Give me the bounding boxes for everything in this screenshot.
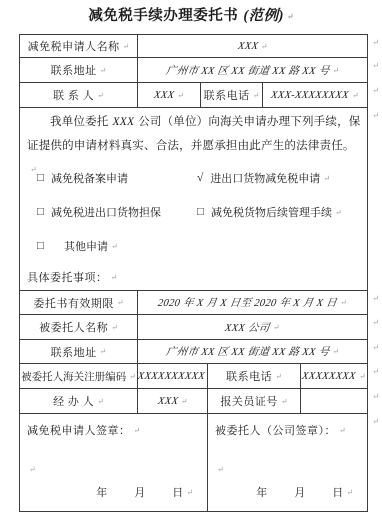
paragraph-mark: ↵ xyxy=(29,465,36,474)
paragraph-mark: ↵ xyxy=(332,347,339,356)
paragraph-mark: ↵ xyxy=(346,488,353,497)
applicant-phone-label: 联系电话↵ xyxy=(201,83,263,107)
day-label: 日 xyxy=(172,487,183,499)
paragraph-mark: ↵ xyxy=(340,298,347,307)
row-end-mark: ↵ xyxy=(372,86,379,95)
empty-line: ↵ xyxy=(214,464,224,476)
empty-line: ↵ xyxy=(26,464,36,476)
attorney-address-value: 广州市 XX 区 XX 街道 XX 路 XX 号↵ xyxy=(138,340,367,363)
paragraph-mark: ↵ xyxy=(30,165,37,174)
applicant-address-value: 广州市 XX 区 XX 街道 XX 路 XX 号↵ xyxy=(138,58,367,82)
row-end-mark: ↵ xyxy=(372,392,379,401)
handler-value: XXX↵ xyxy=(138,389,208,413)
row-end-mark: ↵ xyxy=(372,318,379,327)
paragraph-mark: ↵ xyxy=(181,397,188,406)
paragraph-mark: ↵ xyxy=(253,91,260,100)
checkbox-unchecked-icon[interactable]: □ xyxy=(37,206,44,218)
month-label: 月 xyxy=(294,487,305,499)
paragraph-mark: ↵ xyxy=(273,323,280,332)
applicant-name-value: XXX↵ xyxy=(138,35,367,57)
table-row-attorney-name: 被委托人名称↵ XXX 公司↵ ↵ xyxy=(20,315,367,340)
paragraph-mark: ↵ xyxy=(97,397,104,406)
applicant-signature-label: 减免税申请人签章：↵ xyxy=(27,422,140,438)
paragraph-mark: ↵ xyxy=(275,372,282,381)
delegated-company-placeholder: XXX xyxy=(113,116,135,128)
option-other-application[interactable]: □ 其他申请 ↵ xyxy=(37,238,118,254)
option-label: 减免税进出口货物担保 xyxy=(51,204,161,220)
attorney-signature-label: 被委托人（公司签章）：↵ xyxy=(215,422,346,438)
paragraph-mark: ↵ xyxy=(281,397,288,406)
checkbox-row-1: □ 减免税备案申请 √ 进出口货物减免税申请 ↵ xyxy=(37,170,330,186)
paragraph-mark: ↵ xyxy=(177,91,184,100)
applicant-contact-label: 联 系 人↵ xyxy=(20,83,138,107)
validity-period-value: 2020 年 X 月 X 日至 2020 年 X 月 X 日↵ xyxy=(138,291,367,314)
row-end-mark: ↵ xyxy=(372,367,379,376)
option-import-export-tax-reduction[interactable]: √ 进出口货物减免税申请 ↵ xyxy=(197,170,330,186)
paragraph-mark: ↵ xyxy=(359,372,366,381)
handler-label: 经 办 人↵ xyxy=(20,389,138,413)
checkbox-unchecked-icon[interactable]: □ xyxy=(197,206,204,218)
option-filing-application[interactable]: □ 减免税备案申请 xyxy=(37,170,197,186)
table-row-customs-code: 被委托人海关注册编码↵ XXXXXXXXXXX↵ 联系电话↵ XXXXXXXX↵… xyxy=(20,364,367,389)
paragraph-mark: ↵ xyxy=(100,66,107,75)
year-label: 年 xyxy=(96,487,107,499)
attorney-phone-value: XXXXXXXX↵ xyxy=(301,364,367,388)
paragraph-mark: ↵ xyxy=(123,42,130,51)
table-row-validity-period: 委托书有效期限↵ 2020 年 X 月 X 日至 2020 年 X 月 X 日↵… xyxy=(20,291,367,315)
specific-matters-label: 具体委托事项：↵ xyxy=(27,269,117,285)
applicant-signature-cell: 减免税申请人签章：↵ ↵ 年月日↵ xyxy=(20,414,208,511)
row-end-mark: ↵ xyxy=(372,61,379,70)
attorney-phone-label: 联系电话↵ xyxy=(208,364,301,388)
row-end-mark: ↵ xyxy=(372,294,379,303)
option-follow-up-management[interactable]: □ 减免税货物后续管理手续 ↵ xyxy=(197,204,342,220)
option-goods-guarantee[interactable]: □ 减免税进出口货物担保 xyxy=(37,204,197,220)
applicant-name-label: 减免税申请人名称↵ xyxy=(20,35,138,57)
paragraph-mark: ↵ xyxy=(117,298,124,307)
table-row-applicant-contact: 联 系 人↵ XXX↵ 联系电话↵ XXX-XXXXXXXX↵ ↵ xyxy=(20,83,367,108)
month-label: 月 xyxy=(134,487,145,499)
document-page: { "marks": { "eol": "↵" }, "title": { "m… xyxy=(0,0,382,520)
applicant-signature-date: 年月日↵ xyxy=(96,484,193,500)
option-label: 其他申请 xyxy=(64,238,108,254)
table-row-signatures: 减免税申请人签章：↵ ↵ 年月日↵ 被委托人（公司签章）：↵ ↵ 年月日↵ ↵ xyxy=(20,414,367,511)
checkbox-checked-icon[interactable]: √ xyxy=(197,172,203,184)
paragraph-mark: ↵ xyxy=(97,91,104,100)
paragraph-mark: ↵ xyxy=(100,347,107,356)
paragraph-mark: ↵ xyxy=(217,465,224,474)
attorney-address-label: 联系地址↵ xyxy=(20,340,138,363)
paragraph-mark: ↵ xyxy=(186,488,193,497)
paragraph-mark: ↵ xyxy=(134,426,141,435)
table-row-delegation-statement: 我单位委托XXX公司（单位）向海关申请办理下列手续，保证提供的申请材料真实、合法… xyxy=(20,108,367,291)
option-label: 减免税货物后续管理手续 xyxy=(211,204,332,220)
applicant-contact-value: XXX↵ xyxy=(138,83,201,107)
applicant-phone-value: XXX-XXXXXXXX↵ xyxy=(263,83,367,107)
declarant-id-label: 报关员证号↵ xyxy=(208,389,301,413)
paragraph-mark: ↵ xyxy=(332,66,339,75)
attorney-signature-date: 年月日↵ xyxy=(256,484,353,500)
table-row-handler: 经 办 人↵ XXX↵ 报关员证号↵ ↵ xyxy=(20,389,367,414)
row-end-mark: ↵ xyxy=(372,417,379,426)
row-end-mark: ↵ xyxy=(372,38,379,47)
attorney-signature-cell: 被委托人（公司签章）：↵ ↵ 年月日↵ xyxy=(208,414,367,511)
checkbox-row-2: □ 减免税进出口货物担保 □ 减免税货物后续管理手续 ↵ xyxy=(37,204,342,220)
paragraph-mark: ↵ xyxy=(111,242,118,251)
page-title-suffix: (范例) xyxy=(243,8,284,24)
paragraph-mark: ↵ xyxy=(129,372,136,381)
paragraph-mark: ↵ xyxy=(287,12,294,21)
paragraph-mark: ↵ xyxy=(352,91,359,100)
paragraph-mark: ↵ xyxy=(111,273,118,282)
customs-code-label: 被委托人海关注册编码↵ xyxy=(20,364,138,388)
row-end-mark: ↵ xyxy=(372,343,379,352)
checkbox-unchecked-icon[interactable]: □ xyxy=(37,240,44,252)
page-title-main: 减免税手续办理委托书 xyxy=(88,8,238,24)
validity-period-label: 委托书有效期限↵ xyxy=(20,291,138,314)
option-label: 减免税备案申请 xyxy=(51,170,128,186)
table-row-applicant-name: 减免税申请人名称↵ XXX↵ ↵ xyxy=(20,35,367,58)
attorney-name-value: XXX 公司↵ xyxy=(138,315,367,339)
attorney-name-label: 被委托人名称↵ xyxy=(20,315,138,339)
day-label: 日 xyxy=(332,487,343,499)
paragraph-mark: ↵ xyxy=(339,426,346,435)
applicant-address-label: 联系地址↵ xyxy=(20,58,138,82)
option-label: 进出口货物减免税申请 xyxy=(210,170,320,186)
year-label: 年 xyxy=(256,487,267,499)
table-row-attorney-address: 联系地址↵ 广州市 XX 区 XX 街道 XX 路 XX 号↵ ↵ xyxy=(20,340,367,364)
checkbox-unchecked-icon[interactable]: □ xyxy=(37,172,44,184)
table-row-applicant-address: 联系地址↵ 广州市 XX 区 XX 街道 XX 路 XX 号↵ ↵ xyxy=(20,58,367,83)
paragraph-mark: ↵ xyxy=(323,174,330,183)
delegation-form-table: 减免税申请人名称↵ XXX↵ ↵ 联系地址↵ 广州市 XX 区 XX 街道 XX… xyxy=(19,34,368,512)
page-title: 减免税手续办理委托书(范例)↵ xyxy=(0,4,382,25)
paragraph-mark: ↵ xyxy=(335,208,342,217)
paragraph-mark: ↵ xyxy=(111,323,118,332)
paragraph-mark: ↵ xyxy=(261,42,268,51)
delegation-statement-cell: 我单位委托XXX公司（单位）向海关申请办理下列手续，保证提供的申请材料真实、合法… xyxy=(20,108,367,290)
declarant-id-value xyxy=(301,389,367,413)
row-end-mark: ↵ xyxy=(372,111,379,120)
customs-code-value: XXXXXXXXXXX↵ xyxy=(138,364,208,388)
